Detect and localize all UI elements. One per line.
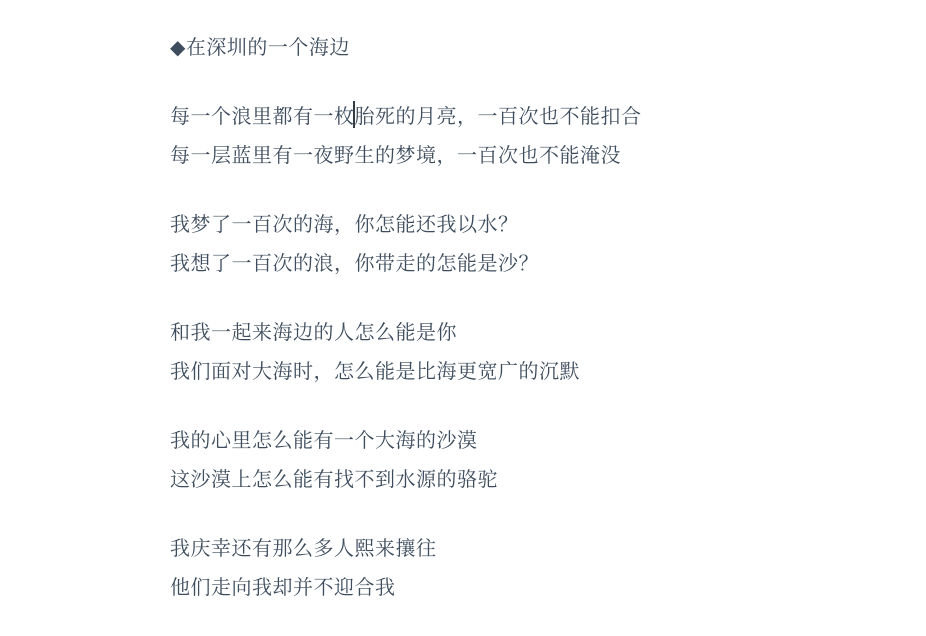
text-caret	[353, 101, 355, 128]
poem-line[interactable]: 每一层蓝里有一夜野生的梦境，一百次也不能淹没	[170, 136, 886, 175]
poem-line[interactable]: 我想了一百次的浪，你带走的怎能是沙？	[170, 244, 886, 283]
stanza-2: 我梦了一百次的海，你怎能还我以水？ 我想了一百次的浪，你带走的怎能是沙？	[170, 205, 886, 283]
poem-line[interactable]: 每一个浪里都有一枚胎死的月亮，一百次也不能扣合	[170, 97, 886, 136]
stanza-3: 和我一起来海边的人怎么能是你 我们面对大海时，怎么能是比海更宽广的沉默	[170, 313, 886, 391]
poem-text-area[interactable]: ◆在深圳的一个海边 每一个浪里都有一枚胎死的月亮，一百次也不能扣合 每一层蓝里有…	[0, 0, 926, 607]
stanza-4: 我的心里怎么能有一个大海的沙漠 这沙漠上怎么能有找不到水源的骆驼	[170, 421, 886, 499]
poem-line[interactable]: 我的心里怎么能有一个大海的沙漠	[170, 421, 886, 460]
poem-line[interactable]: 我庆幸还有那么多人熙来攘往	[170, 529, 886, 568]
poem-line[interactable]: 他们走向我却并不迎合我	[170, 568, 886, 607]
poem-line[interactable]: 和我一起来海边的人怎么能是你	[170, 313, 886, 352]
poem-title[interactable]: ◆在深圳的一个海边	[170, 35, 886, 59]
stanza-5: 我庆幸还有那么多人熙来攘往 他们走向我却并不迎合我	[170, 529, 886, 607]
stanza-1: 每一个浪里都有一枚胎死的月亮，一百次也不能扣合 每一层蓝里有一夜野生的梦境，一百…	[170, 97, 886, 175]
poem-page: ◆在深圳的一个海边 每一个浪里都有一枚胎死的月亮，一百次也不能扣合 每一层蓝里有…	[0, 0, 926, 636]
poem-line[interactable]: 这沙漠上怎么能有找不到水源的骆驼	[170, 460, 886, 499]
poem-line[interactable]: 我们面对大海时，怎么能是比海更宽广的沉默	[170, 352, 886, 391]
poem-line[interactable]: 我梦了一百次的海，你怎能还我以水？	[170, 205, 886, 244]
